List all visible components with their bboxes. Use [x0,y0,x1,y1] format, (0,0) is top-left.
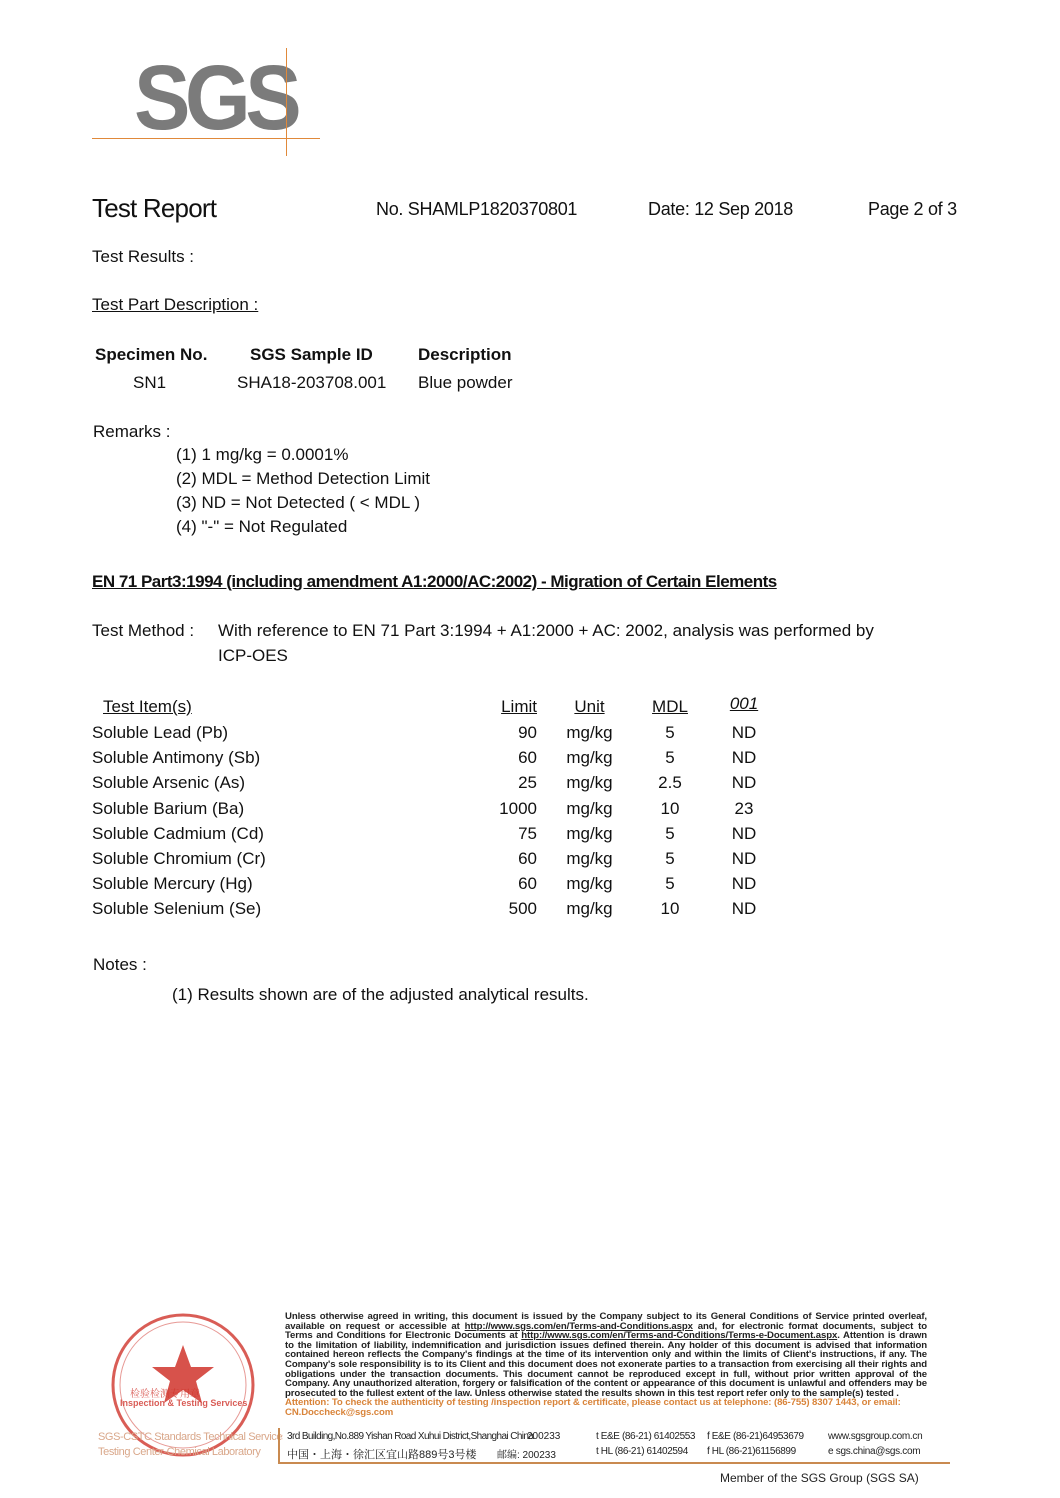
col-test-item: Test Item(s) [103,697,192,717]
logo-text: SGS [134,52,296,144]
test-method-label: Test Method : [92,621,194,641]
test-item: Soluble Chromium (Cr) [92,849,266,869]
limit-value: 500 [477,899,537,919]
authenticity-notice: Attention: To check the authenticity of … [285,1398,927,1417]
description-header: Description [418,345,512,365]
test-results-label: Test Results : [92,247,194,267]
result-value: 23 [714,799,774,819]
col-mdl-label: MDL [652,697,688,716]
test-item: Soluble Selenium (Se) [92,899,261,919]
address-en: 3rd Building,No.889 Yishan Road Xuhui Di… [287,1431,533,1442]
report-number: No. SHAMLP1820370801 [376,199,577,220]
limit-value: 75 [477,824,537,844]
result-value: ND [714,748,774,768]
page-indicator: Page 2 of 3 [868,199,957,220]
unit-value: mg/kg [562,899,617,919]
unit-value: mg/kg [562,849,617,869]
col-result: 001 [714,694,774,714]
result-value: ND [714,773,774,793]
test-item: Soluble Mercury (Hg) [92,874,253,894]
phone-ee: t E&E (86-21) 61402553 [596,1431,695,1442]
unit-value: mg/kg [562,773,617,793]
mdl-value: 5 [640,874,700,894]
sgs-membership: Member of the SGS Group (SGS SA) [720,1471,919,1485]
table-row: Soluble Barium (Ba)1000mg/kg1023 [92,799,792,824]
col-limit: Limit [477,697,537,717]
table-row: Soluble Antimony (Sb)60mg/kg5ND [92,748,792,773]
unit-value: mg/kg [562,748,617,768]
limit-value: 60 [477,849,537,869]
specimen-header: Specimen No. [95,345,207,365]
table-row: Soluble Mercury (Hg)60mg/kg5ND [92,874,792,899]
address-cn: 中国・上海・徐汇区宜山路889号3号楼 [287,1446,476,1462]
specimen-no: SN1 [133,373,166,393]
col-mdl: MDL [640,697,700,717]
mdl-value: 5 [640,824,700,844]
notes-label: Notes : [93,955,147,975]
mdl-value: 10 [640,899,700,919]
report-date: Date: 12 Sep 2018 [648,199,793,220]
test-item: Soluble Lead (Pb) [92,723,228,743]
limit-value: 90 [477,723,537,743]
col-unit: Unit [562,697,617,717]
postcode-cn: 邮编: 200233 [497,1446,556,1461]
result-value: ND [714,849,774,869]
mdl-value: 5 [640,849,700,869]
result-value: ND [714,874,774,894]
remark-item: (3) ND = Not Detected ( < MDL ) [176,493,420,513]
fax-ee: f E&E (86-21)64953679 [707,1431,804,1442]
mdl-value: 5 [640,723,700,743]
test-item: Soluble Barium (Ba) [92,799,244,819]
result-value: ND [714,824,774,844]
report-title: Test Report [92,193,216,224]
table-row: Soluble Cadmium (Cd)75mg/kg5ND [92,824,792,849]
footer-rule [278,1462,950,1464]
section-title: EN 71 Part3:1994 (including amendment A1… [92,572,777,592]
unit-value: mg/kg [562,723,617,743]
test-method-line1: With reference to EN 71 Part 3:1994 + A1… [218,621,874,641]
remarks-label: Remarks : [93,422,170,442]
col-unit-label: Unit [574,697,604,716]
logo-vertical-rule [286,48,287,156]
stamp-caption-lab: Testing Center-Chemical Laboratory [98,1446,260,1458]
test-method-line2: ICP-OES [218,646,288,666]
mdl-value: 2.5 [640,773,700,793]
postcode-en: 200233 [527,1431,560,1442]
sample-description: Blue powder [418,373,513,393]
legal-text: . Attention is drawn to the limitation o… [285,1330,927,1399]
stamp-caption-company: SGS-CSTC Standards Technical Services(Sh… [98,1431,283,1443]
legal-disclaimer: Unless otherwise agreed in writing, this… [285,1312,927,1418]
limit-value: 60 [477,874,537,894]
test-item: Soluble Arsenic (As) [92,773,245,793]
table-row: Soluble Arsenic (As)25mg/kg2.5ND [92,773,792,798]
limit-value: 1000 [477,799,537,819]
results-table-header: Test Item(s) Limit Unit MDL 001 [92,697,792,722]
mdl-value: 10 [640,799,700,819]
sample-id: SHA18-203708.001 [237,373,386,393]
table-row: Soluble Chromium (Cr)60mg/kg5ND [92,849,792,874]
test-item: Soluble Cadmium (Cd) [92,824,264,844]
limit-value: 60 [477,748,537,768]
test-part-description-label: Test Part Description : [92,295,258,315]
result-value: ND [714,723,774,743]
unit-value: mg/kg [562,799,617,819]
remark-item: (1) 1 mg/kg = 0.0001% [176,445,348,465]
result-value: ND [714,899,774,919]
phone-hl: t HL (86-21) 61402594 [596,1446,688,1457]
footer-vertical-rule [278,1428,280,1464]
stamp-center-en: Inspection & Testing Services [120,1398,247,1408]
remark-item: (4) "-" = Not Regulated [176,517,347,537]
remark-item: (2) MDL = Method Detection Limit [176,469,430,489]
mdl-value: 5 [640,748,700,768]
col-result-label: 001 [730,694,758,713]
unit-value: mg/kg [562,824,617,844]
col-limit-label: Limit [501,697,537,716]
website[interactable]: www.sgsgroup.com.cn [828,1431,922,1442]
fax-hl: f HL (86-21)61156899 [707,1446,796,1457]
email[interactable]: e sgs.china@sgs.com [828,1446,920,1457]
limit-value: 25 [477,773,537,793]
table-row: Soluble Lead (Pb)90mg/kg5ND [92,723,792,748]
sample-id-header: SGS Sample ID [250,345,373,365]
unit-value: mg/kg [562,874,617,894]
sgs-logo: SGS [92,48,322,158]
table-row: Soluble Selenium (Se)500mg/kg10ND [92,899,792,924]
test-item: Soluble Antimony (Sb) [92,748,260,768]
note-item: (1) Results shown are of the adjusted an… [172,985,589,1005]
